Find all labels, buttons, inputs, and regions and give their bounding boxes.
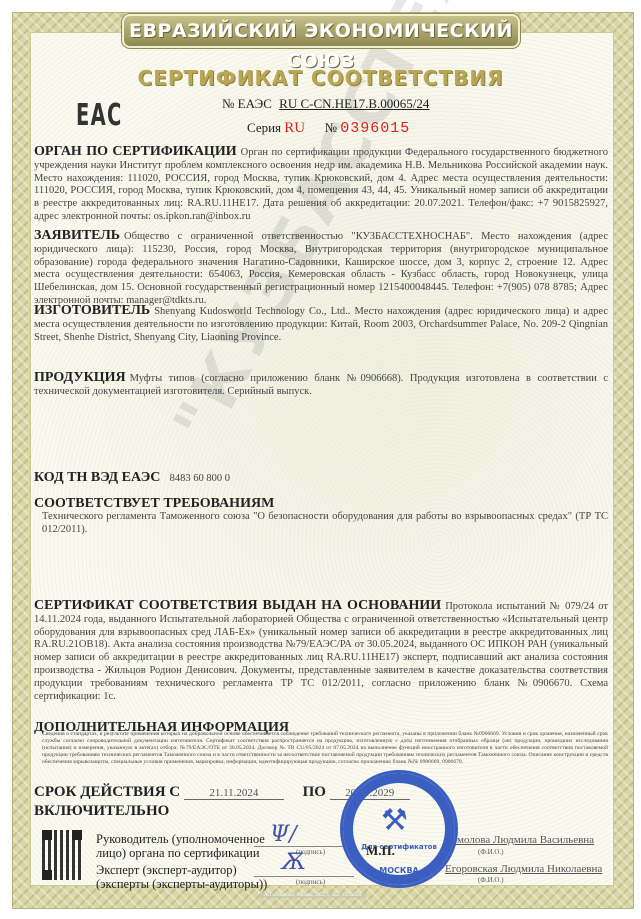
tnved-code: 8483 60 800 0 — [170, 473, 230, 484]
section-heading: ЗАЯВИТЕЛЬ — [34, 228, 120, 243]
expert-signature-line — [254, 876, 354, 877]
seal-place-label: М.П. — [366, 843, 395, 859]
expert-name-caption: (Ф.И.О.) — [478, 876, 504, 884]
section-text: Технического регламента Таможенного союз… — [34, 511, 608, 537]
section-heading: ОРГАН ПО СЕРТИФИКАЦИИ — [34, 144, 237, 159]
section-heading: ИЗГОТОВИТЕЛЬ — [34, 303, 150, 318]
seal-city: МОСКВА — [343, 866, 455, 875]
validity-inclusive: ВКЛЮЧИТЕЛЬНО — [34, 803, 169, 820]
head-signatory-label: Руководитель (уполномоченное лицо) орган… — [96, 832, 265, 860]
section-additional: ДОПОЛНИТЕЛЬНАЯ ИНФОРМАЦИЯ Сведения о ста… — [34, 724, 608, 766]
validity-from-date: 21.11.2024 — [184, 787, 284, 800]
section-heading: СООТВЕТСТВУЕТ ТРЕБОВАНИЯМ — [34, 498, 608, 511]
reg-prefix: № ЕАЭС — [222, 96, 272, 111]
blank-series: Серия RU № 0396015 — [247, 120, 410, 137]
section-heading: ПРОДУКЦИЯ — [34, 370, 126, 385]
series-value: RU — [284, 120, 305, 136]
section-basis: СЕРТИФИКАТ СООТВЕТСТВИЯ ВЫДАН НА ОСНОВАН… — [34, 600, 608, 703]
expert-signature: Ѫ — [280, 850, 305, 875]
expert-label-line-1: Эксперт (эксперт-аудитор) — [96, 863, 267, 877]
qr-code-icon[interactable] — [42, 830, 82, 880]
section-heading: СЕРТИФИКАТ СООТВЕТСТВИЯ ВЫДАН НА ОСНОВАН… — [34, 598, 441, 613]
blank-number: 0396015 — [340, 120, 410, 137]
official-seal: ⚒ Для сертификатов МОСКВА — [340, 770, 458, 888]
section-text: Протокола испытаний № 079/24 от 14.11.20… — [34, 601, 608, 702]
expert-signatory-label: Эксперт (эксперт-аудитор) (эксперты (экс… — [96, 863, 267, 891]
head-name-caption: (Ф.И.О.) — [478, 848, 504, 856]
head-label-line-2: лицо) органа по сертификации — [96, 846, 265, 860]
printer-imprint: АО «Опцион», Москва, 2023 г., «Б», 1119к… — [260, 893, 366, 898]
expert-label-line-2: (эксперты (эксперты-аудиторы)) — [96, 877, 267, 891]
section-heading: КОД ТН ВЭД ЕАЭС — [34, 470, 160, 485]
expert-name: Егоровская Людмила Николаевна — [445, 863, 602, 875]
section-applicant: ЗАЯВИТЕЛЬОбщество с ограниченной ответст… — [34, 230, 608, 308]
union-banner: ЕВРАЗИЙСКИЙ ЭКОНОМИЧЕСКИЙ СОЮЗ — [122, 14, 520, 48]
reg-number-value: RU C-CN.НЕ17.В.00065/24 — [279, 96, 429, 111]
section-text: Общество с ограниченной ответственностью… — [34, 231, 608, 306]
section-text: Сведения о стандартах, в результате прим… — [34, 731, 608, 766]
section-requirements: СООТВЕТСТВУЕТ ТРЕБОВАНИЯМ Технического р… — [34, 498, 608, 536]
expert-sign-caption: (подпись) — [296, 878, 325, 886]
section-product: ПРОДУКЦИЯМуфты типов (согласно приложени… — [34, 372, 608, 399]
seal-inner-text: Для сертификатов — [343, 843, 455, 851]
series-label: Серия — [247, 120, 281, 135]
blank-prefix: № — [325, 120, 337, 135]
head-signature: Ψ∕ — [270, 822, 297, 847]
eac-logo-icon: ЕАС — [76, 98, 123, 133]
section-code: КОД ТН ВЭД ЕАЭС 8483 60 800 0 — [34, 472, 608, 486]
certificate-title: СЕРТИФИКАТ СООТВЕТСТВИЯ — [0, 66, 641, 90]
head-signature-line — [254, 846, 354, 847]
validity-to-label: ПО — [303, 784, 326, 800]
section-manufacturer: ИЗГОТОВИТЕЛЬShenyang Kudosworld Technolo… — [34, 305, 608, 344]
validity-from-label: СРОК ДЕЙСТВИЯ С — [34, 784, 180, 800]
section-cert-body: ОРГАН ПО СЕРТИФИКАЦИИОрган по сертификац… — [34, 146, 608, 224]
head-name: Ермолова Людмила Васильевна — [445, 834, 594, 846]
head-label-line-1: Руководитель (уполномоченное — [96, 832, 265, 846]
hammer-pick-icon: ⚒ — [381, 803, 408, 838]
section-heading: ДОПОЛНИТЕЛЬНАЯ ИНФОРМАЦИЯ — [34, 724, 608, 731]
registration-number: № ЕАЭС RU C-CN.НЕ17.В.00065/24 — [222, 96, 429, 112]
